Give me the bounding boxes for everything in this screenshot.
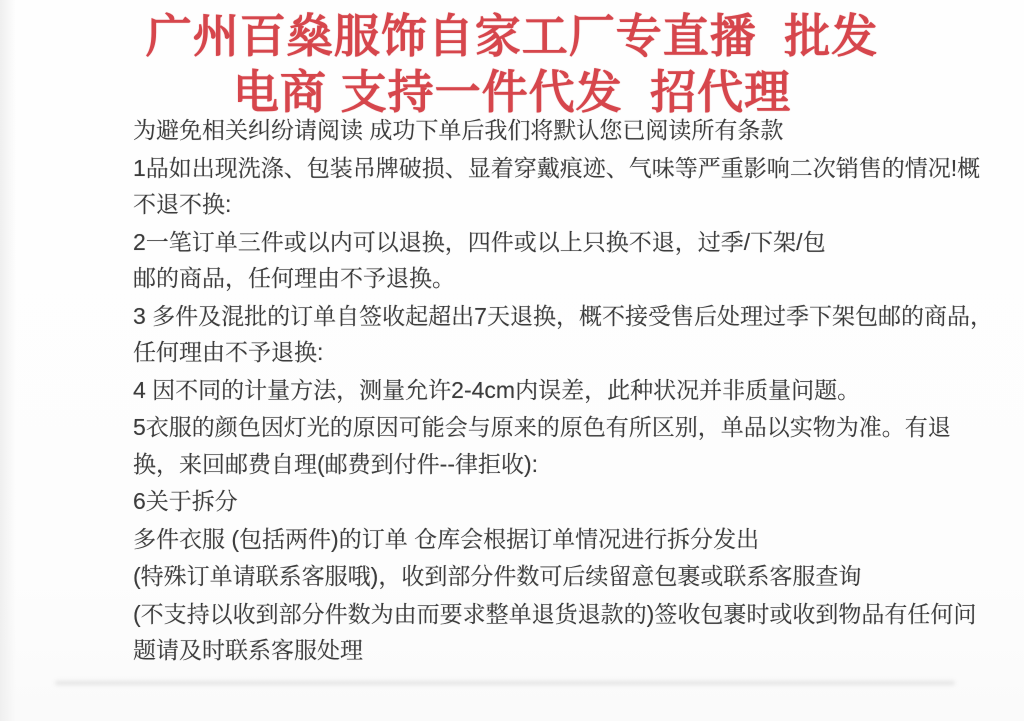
terms-item-6-heading: 6关于拆分 [133, 483, 1013, 520]
terms-item-3: 3 多件及混批的订单自签收起超出7天退换，概不接受售后处理过季下架包邮的商品， … [133, 298, 1013, 371]
banner-title-line1: 广州百燊服饰自家工厂专直播 批发 [0, 8, 1024, 64]
terms-item-6-detail-3: (不支持以收到部分件数为由而要求整单退货退款的)签收包裹时或收到物品有任何问 题… [133, 596, 1013, 669]
terms-intro: 为避免相关纠纷请阅读 成功下单后我们将默认您已阅读所有条款 [133, 112, 1013, 149]
terms-and-conditions: 为避免相关纠纷请阅读 成功下单后我们将默认您已阅读所有条款 1品如出现洗涤、包装… [133, 112, 1013, 670]
terms-item-6-detail-2: (特殊订单请联系客服哦)，收到部分件数可后续留意包裹或联系客服查询 [133, 558, 1013, 595]
terms-item-6-detail-1: 多件衣服 (包括两件)的订单 仓库会根据订单情况进行拆分发出 [133, 521, 1013, 558]
terms-item-5: 5衣服的颜色因灯光的原因可能会与原来的原色有所区别，单品以实物为准。有退 换，来… [133, 409, 1013, 482]
terms-item-4: 4 因不同的计量方法，测量允许2-4cm内误差，此种状况并非质量问题。 [133, 372, 1013, 409]
photo-bottom-edge-smudge [55, 681, 955, 685]
terms-item-2: 2一笔订单三件或以内可以退换，四件或以上只换不退，过季/下架/包 邮的商品，任何… [133, 224, 1013, 297]
terms-item-1: 1品如出现洗涤、包装吊牌破损、显着穿戴痕迹、气味等严重影响二次销售的情况!概 不… [133, 150, 1013, 223]
store-banner-title: 广州百燊服饰自家工厂专直播 批发 电商 支持一件代发 招代理 [0, 8, 1024, 120]
notice-page: 广州百燊服饰自家工厂专直播 批发 电商 支持一件代发 招代理 为避免相关纠纷请阅… [0, 0, 1024, 721]
